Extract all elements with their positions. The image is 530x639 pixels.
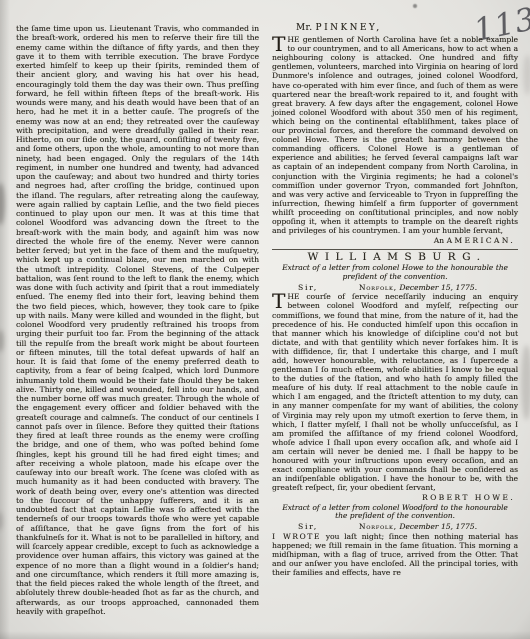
- signature-name: AMERICAN.: [447, 236, 515, 245]
- woodford-letter-caption: Extract of a letter from colonel Woodfor…: [280, 504, 510, 521]
- scan-smudge: [523, 55, 530, 95]
- salutation: Sir,: [298, 283, 318, 292]
- page-edge-shadow-left: [0, 0, 10, 639]
- place-and-date: Norfolk, December 15, 1775.: [318, 283, 518, 292]
- signature-prefix: An: [434, 236, 444, 245]
- woodford-letter-paragraph: I WROTE you laſt night; ſince then nothi…: [272, 532, 518, 577]
- woodford-letter-dateline: Sir, Norfolk, December 15, 1775.: [272, 522, 518, 531]
- howe-letter-dateline: Sir, Norfolk, December 15, 1775.: [272, 283, 518, 292]
- left-text-column: the ſame time upon us. Lieutenant Travis…: [16, 24, 259, 616]
- battle-account-paragraph: the ſame time upon us. Lieutenant Travis…: [16, 24, 259, 616]
- date: December 15, 1775.: [399, 283, 477, 292]
- letter-to-pinkney-paragraph: THE gentlemen of North Carolina have ſet…: [272, 35, 518, 235]
- heading-name: PINKNEY,: [316, 23, 382, 33]
- signature-name: ROBERT HOWE.: [422, 493, 515, 502]
- place-norfolk: Norfolk,: [359, 283, 397, 292]
- date: December 15, 1775.: [399, 522, 477, 531]
- page-edge-shadow-bottom: [0, 631, 530, 639]
- signature-robert-howe: ROBERT HOWE.: [272, 493, 515, 502]
- howe-letter-caption: Extract of a letter from colonel Howe to…: [280, 264, 510, 281]
- woodford-letter-lead: I WROTE: [272, 532, 321, 541]
- letter-to-pinkney-text: HE gentlemen of North Carolina have ſet …: [272, 35, 518, 235]
- signature-an-american: An AMERICAN.: [272, 236, 515, 245]
- letter-heading-mr-pinkney: Mr.PINKNEY,: [296, 24, 518, 33]
- right-text-column: Mr.PINKNEY, THE gentlemen of North Carol…: [272, 24, 518, 577]
- section-title-williamsburg: WILLIAMSBURG.: [276, 253, 518, 262]
- howe-letter-paragraph: THE courſe of ſervice neceſſarily induci…: [272, 292, 518, 492]
- place-norfolk: Norfolk,: [359, 522, 397, 531]
- heading-prefix: Mr.: [296, 23, 313, 33]
- place-and-date: Norfolk, December 15, 1775.: [318, 522, 518, 531]
- section-divider-rule: [272, 249, 518, 250]
- scan-speck: [413, 4, 417, 8]
- scan-smudge: [521, 345, 530, 420]
- drop-cap-initial: T: [272, 36, 285, 53]
- drop-cap-initial: T: [272, 293, 285, 310]
- howe-letter-text: HE courſe of ſervice neceſſarily inducin…: [272, 292, 518, 492]
- salutation: Sir,: [298, 522, 318, 531]
